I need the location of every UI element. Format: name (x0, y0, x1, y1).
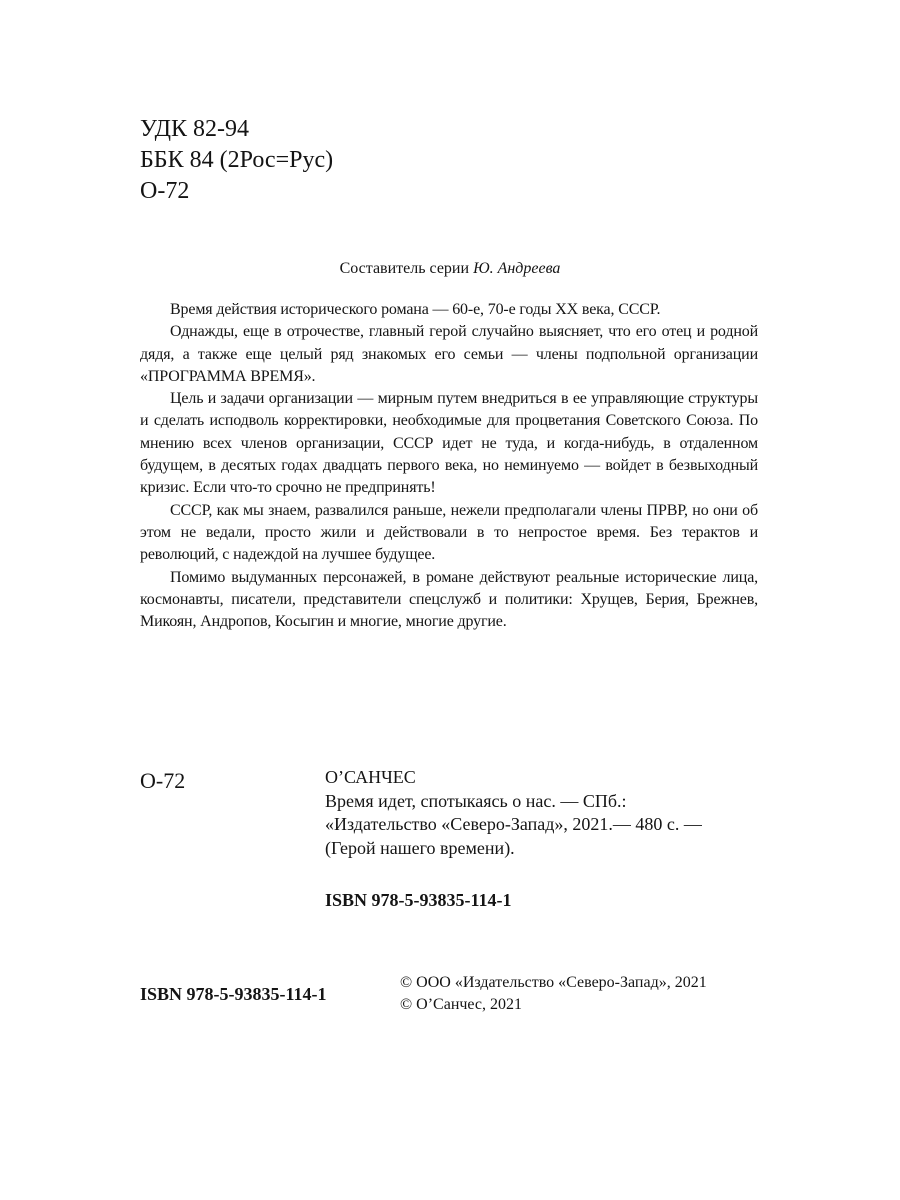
isbn-record: ISBN 978-5-93835-114-1 (325, 890, 512, 911)
bibliographic-record: О’САНЧЕС Время идет, спотыкаясь о нас. —… (325, 766, 702, 860)
isbn-footer: ISBN 978-5-93835-114-1 (140, 984, 327, 1005)
book-title-line: Время идет, спотыкаясь о нас. — СПб.: (325, 790, 702, 814)
series-line: (Герой нашего времени). (325, 837, 702, 861)
annotation-paragraph: СССР, как мы знаем, развалился раньше, н… (140, 500, 758, 567)
catalog-author-mark: О-72 (140, 768, 185, 794)
copyright-block: © ООО «Издательство «Северо-Запад», 2021… (400, 972, 707, 1016)
copyright-author: © О’Санчес, 2021 (400, 994, 707, 1016)
compiler-label: Составитель серии (340, 260, 469, 277)
annotation: Время действия исторического романа — 60… (140, 299, 758, 633)
author-mark: О-72 (140, 176, 333, 207)
classification-codes: УДК 82-94 ББК 84 (2Рос=Рус) О-72 (140, 114, 333, 207)
author-name: О’САНЧЕС (325, 766, 702, 790)
udk-code: УДК 82-94 (140, 114, 333, 145)
publisher-line: «Издательство «Северо-Запад», 2021.— 480… (325, 813, 702, 837)
copyright-publisher: © ООО «Издательство «Северо-Запад», 2021 (400, 972, 707, 994)
annotation-paragraph: Цель и задачи организации — мирным путем… (140, 388, 758, 499)
annotation-paragraph: Время действия исторического романа — 60… (140, 299, 758, 321)
series-compiler: Составитель серии Ю. Андреева (0, 260, 900, 278)
bbk-code: ББК 84 (2Рос=Рус) (140, 145, 333, 176)
annotation-paragraph: Однажды, еще в отрочестве, главный герой… (140, 321, 758, 388)
annotation-paragraph: Помимо выдуманных персонажей, в романе д… (140, 567, 758, 634)
compiler-name: Ю. Андреева (473, 260, 560, 277)
